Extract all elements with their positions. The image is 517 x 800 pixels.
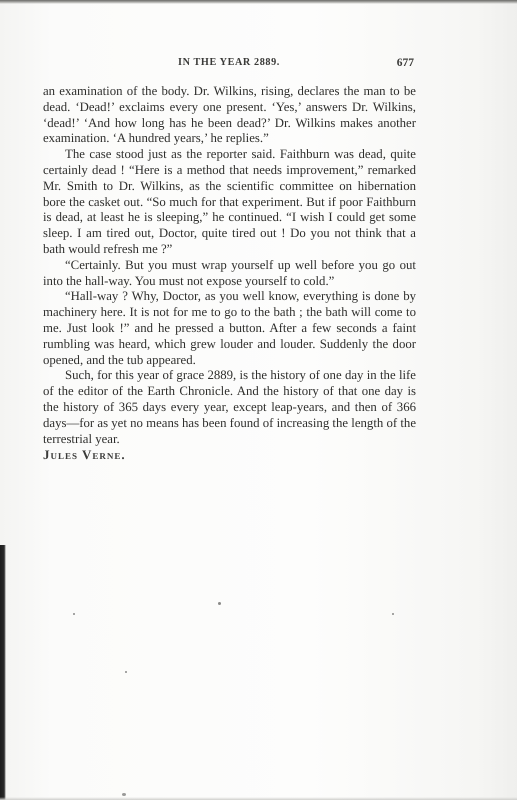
paragraph: The case stood just as the reporter said… (43, 147, 416, 258)
paragraph: “Hall-way ? Why, Doctor, as you well kno… (43, 289, 416, 368)
author-signature: Jules Verne. (43, 447, 416, 463)
scanned-page: IN THE YEAR 2889. 677 an examination of … (0, 0, 517, 800)
scan-speck (218, 602, 221, 605)
scan-speck (392, 613, 394, 615)
scan-speck (122, 793, 126, 796)
paragraph: “Certainly. But you must wrap yourself u… (43, 258, 416, 290)
scan-speck (73, 613, 75, 615)
page-number: 677 (397, 57, 414, 69)
body-text: an examination of the body. Dr. Wilkins,… (43, 84, 416, 463)
running-title: IN THE YEAR 2889. (44, 57, 414, 68)
scan-speck (125, 671, 127, 673)
paragraph: Such, for this year of grace 2889, is th… (43, 368, 416, 447)
binding-edge-shadow (0, 545, 6, 800)
page-top-edge-shadow (0, 0, 517, 4)
paragraph: an examination of the body. Dr. Wilkins,… (43, 84, 416, 147)
